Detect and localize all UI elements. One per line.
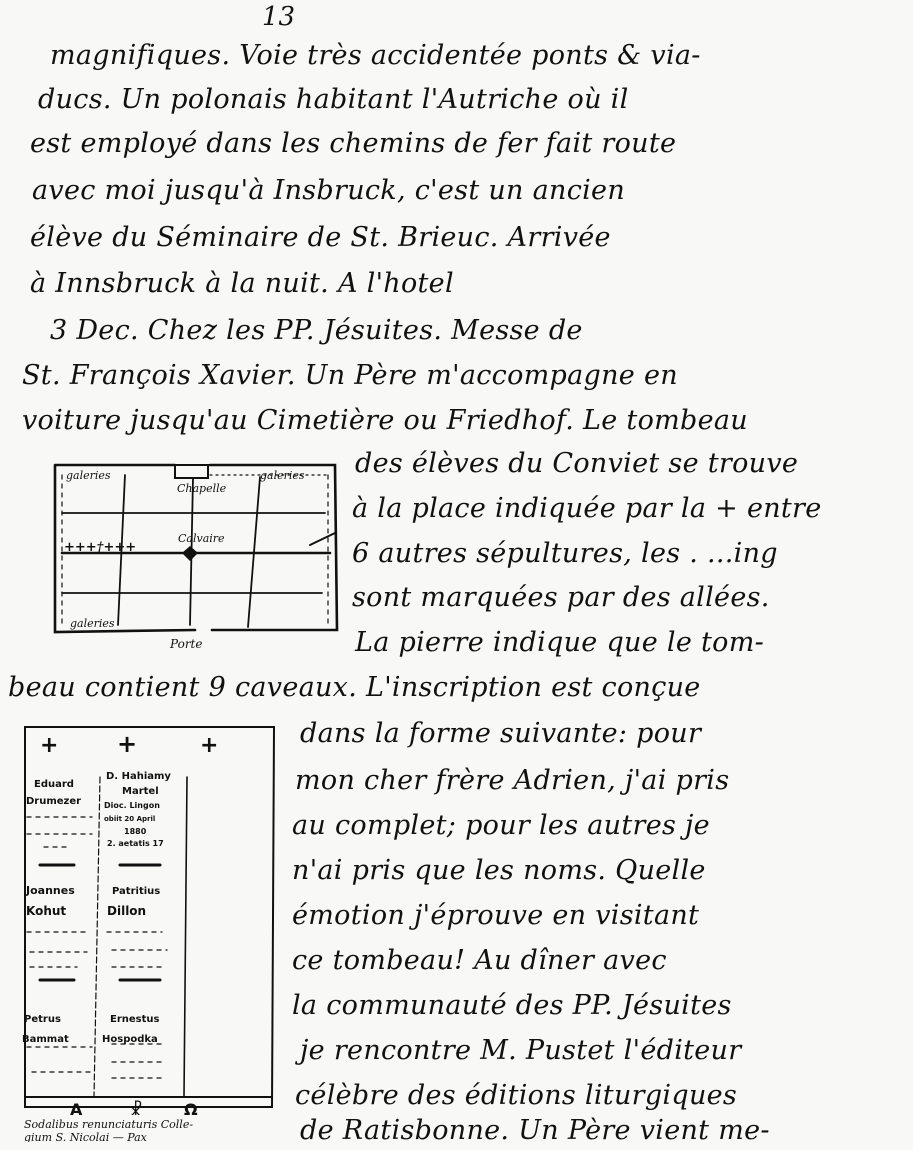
tomb-inscription-diagram: + + + Eduard Drumezer Joannes Kohut Petr… [22,722,277,1142]
grave-marks: +++†+++ [64,540,136,555]
inscription-name: Drumezer [26,796,81,807]
inscription-name: Martel [122,786,159,797]
inscription-name: D. Hahiamy [106,771,171,782]
text-line: dans la forme suivante: pour [300,718,701,749]
alpha-symbol-icon: Α [70,1100,83,1119]
cross-icon: + [117,730,137,758]
text-line: magnifiques. Voie très accidentée ponts … [50,40,701,71]
inscription-name: Dillon [107,904,146,918]
text-line: à Innsbruck à la nuit. A l'hotel [30,268,454,299]
text-line: émotion j'éprouve en visitant [292,900,699,931]
inscription-name: Ernestus [110,1014,160,1025]
text-line: 6 autres sépultures, les . ...ing [352,538,778,569]
inscription-detail: obiit 20 April [104,815,155,823]
plan-label-chapelle: Chapelle [177,482,227,495]
inscription-name: Petrus [24,1014,61,1025]
inscription-name: Patritius [112,886,160,897]
text-line: St. François Xavier. Un Père m'accompagn… [22,360,678,391]
inscription-name: Hospodka [102,1034,158,1045]
text-line: élève du Séminaire de St. Brieuc. Arrivé… [30,222,611,253]
text-line: La pierre indique que le tom- [355,627,764,658]
text-line: célèbre des éditions liturgiques [295,1080,737,1111]
plan-label-galeries: galeries [66,469,111,482]
text-line: je rencontre M. Pustet l'éditeur [300,1035,741,1066]
manuscript-page: 13 magnifiques. Voie très accidentée pon… [0,0,913,1150]
text-line: ducs. Un polonais habitant l'Autriche où… [38,84,629,115]
calvary-marker [182,546,198,561]
cross-icon: + [40,733,58,758]
inscription-footer: Sodalibus renunciaturis Colle- [24,1118,193,1131]
text-line: ce tombeau! Au dîner avec [292,945,667,976]
plan-label-galeries: galeries [70,617,115,630]
text-line: beau contient 9 caveaux. L'inscription e… [8,672,701,703]
omega-symbol-icon: Ω [184,1100,198,1119]
text-line: voiture jusqu'au Cimetière ou Friedhof. … [22,405,748,436]
plan-label-porte: Porte [169,637,202,650]
inscription-detail: 1880 [124,827,147,836]
cross-icon: + [200,733,218,758]
text-line: n'ai pris que les noms. Quelle [292,855,706,886]
text-line: avec moi jusqu'à Insbruck, c'est un anci… [32,175,625,206]
inscription-name: Bammat [22,1034,69,1045]
inscription-detail: Dioc. Lingon [104,801,160,810]
text-line: la communauté des PP. Jésuites [292,990,732,1021]
text-line: des élèves du Conviet se trouve [355,448,798,479]
text-line: mon cher frère Adrien, j'ai pris [295,765,729,796]
inscription-footer: gium S. Nicolai — Pax [24,1131,148,1142]
inscription-name: Kohut [26,904,66,918]
inscription-name: Eduard [34,779,74,790]
inscription-name: Joannes [25,884,75,897]
text-line: 3 Dec. Chez les PP. Jésuites. Messe de [50,315,583,346]
chi-rho-icon: ☧ [130,1100,143,1119]
text-line: au complet; pour les autres je [292,810,710,841]
plan-label-calvaire: Calvaire [178,532,225,545]
page-number: 13 [262,2,295,32]
text-line: à la place indiquée par la + entre [352,493,822,524]
text-line: sont marquées par des allées. [352,582,770,613]
text-line: est employé dans les chemins de fer fait… [30,128,676,159]
inscription-detail: 2. aetatis 17 [107,839,164,848]
plan-label-galeries: galeries [260,469,305,482]
text-line: de Ratisbonne. Un Père vient me- [300,1115,770,1146]
cemetery-plan-diagram: galeries Chapelle galeries Calvaire gale… [50,455,350,650]
